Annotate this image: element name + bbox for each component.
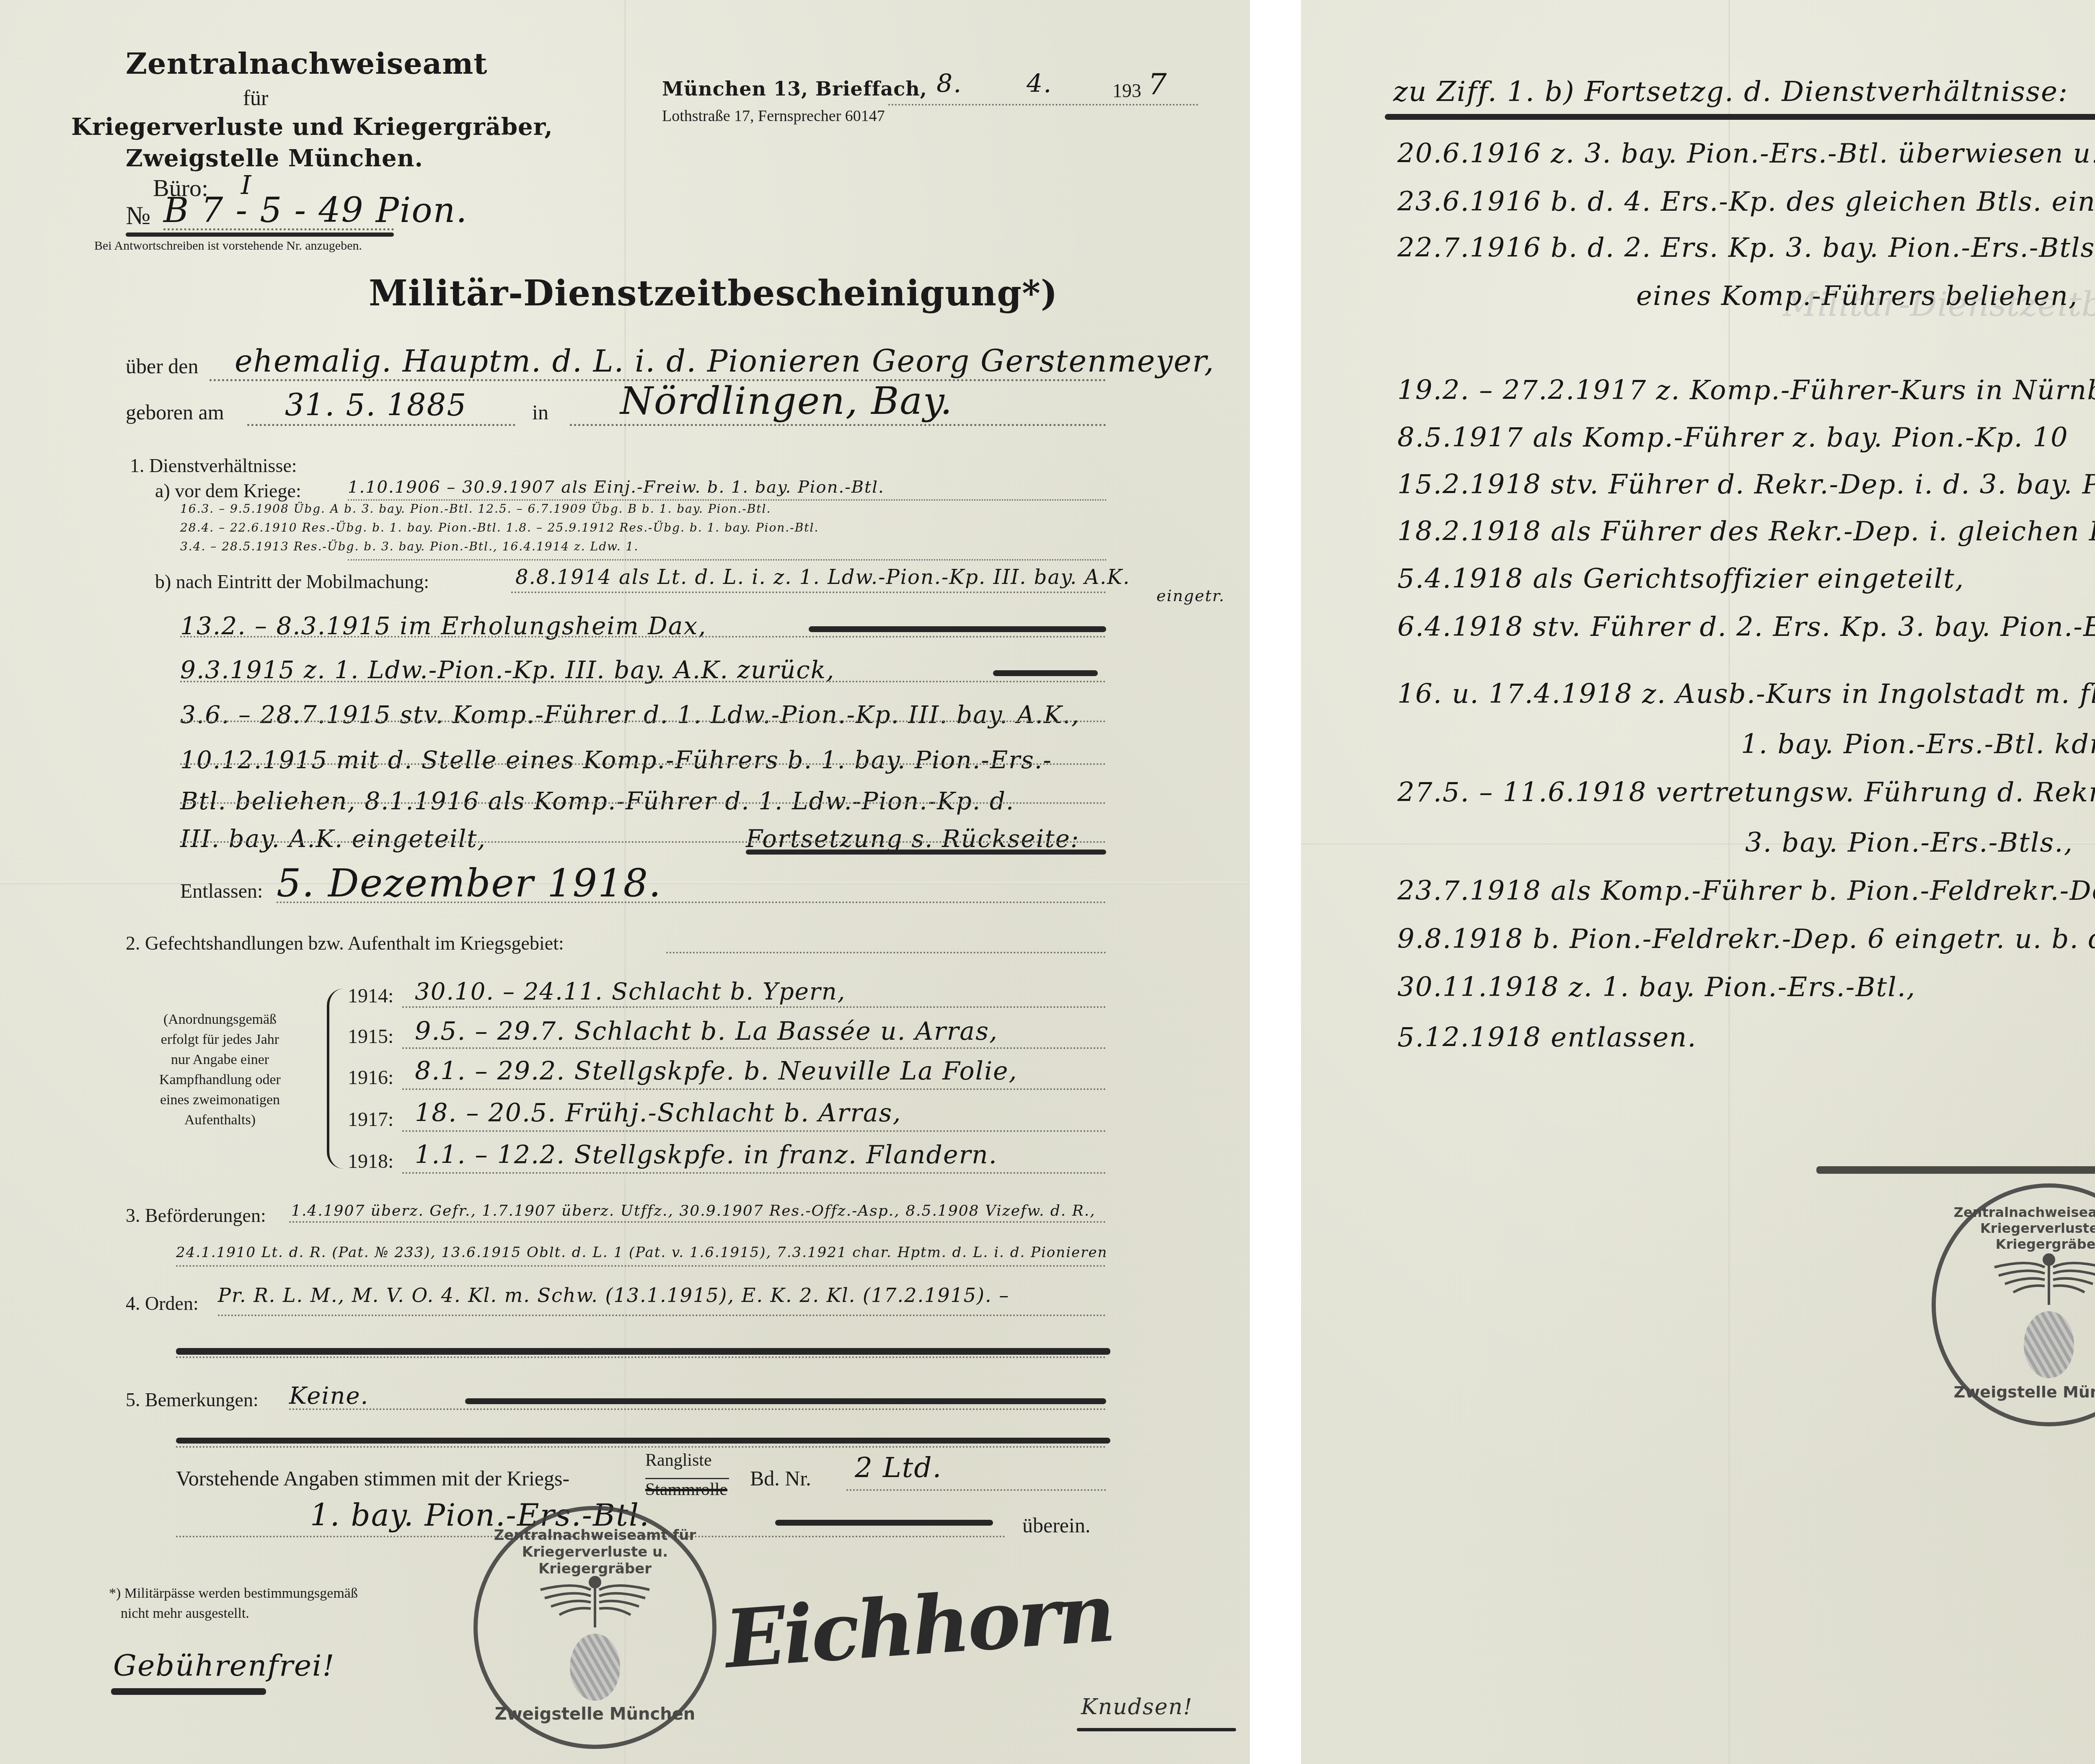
dotted-line: [176, 1446, 1106, 1448]
section1a-line: 28.4. – 22.6.1910 Res.-Übg. b. 1. bay. P…: [180, 521, 819, 535]
fill-dash: [176, 1438, 1110, 1444]
note-line: Kampfhandlung oder: [130, 1070, 310, 1090]
number-label: №: [126, 201, 150, 231]
stamp-outer-text: Zentralnachweiseamt für Kriegerverluste …: [1936, 1204, 2095, 1252]
section5-label: 5. Bemerkungen:: [126, 1389, 259, 1411]
dotted-line: [402, 1047, 1106, 1049]
discharge-dotted-line: [277, 901, 1106, 903]
service-entry: 5.4.1918 als Gerichtsoffizier eingeteilt…: [1397, 563, 1964, 594]
subject-name: ehemalig. Hauptm. d. L. i. d. Pionieren …: [235, 344, 1215, 379]
stamp-outer-text: Zentralnachweiseamt für Kriegerverluste …: [478, 1527, 712, 1577]
document-title: Militär-Dienstzeitbescheinigung*): [369, 272, 1058, 314]
service-entry: 9.8.1918 b. Pion.-Feldrekr.-Dep. 6 einge…: [1397, 924, 2095, 955]
left-page-certificate: Zentralnachweiseamt für Kriegerverluste …: [0, 0, 1250, 1764]
office-name: Zentralnachweiseamt: [126, 46, 385, 81]
geboren-label: geboren am: [126, 400, 224, 424]
note-line: eines zweimonatigen: [130, 1090, 310, 1110]
official-stamp: Zentralnachweiseamt für Kriegerverluste …: [1932, 1183, 2095, 1426]
eagle-icon: [1986, 1250, 2095, 1309]
section2-heading: 2. Gefechtshandlungen bzw. Aufenthalt im…: [126, 932, 564, 954]
rangliste: Rangliste: [645, 1450, 712, 1470]
service-entry: 1. bay. Pion.-Ers.-Btl. kdrt.: [1741, 729, 2095, 760]
section1a-dotted-line: [348, 499, 1106, 501]
section2-bracket-note: (Anordnungsgemäß erfolgt für jedes Jahr …: [130, 1010, 310, 1130]
footnote: *) Militärpässe werden bestimmungsgemäß …: [109, 1583, 358, 1624]
dotted-line: [180, 841, 1106, 843]
dotted-line: [176, 1265, 1106, 1267]
footnote-line: *) Militärpässe werden bestimmungsgemäß: [109, 1583, 358, 1604]
fee-underline: [111, 1688, 266, 1695]
fill-dash: [176, 1348, 1110, 1355]
service-entry: 19.2. – 27.2.1917 z. Komp.-Führer-Kurs i…: [1397, 375, 2095, 406]
birth-place: Nördlingen, Bay.: [620, 379, 953, 423]
heading-underline: [1385, 114, 2095, 120]
dotted-line: [402, 1172, 1106, 1174]
section1-heading: 1. Dienstverhältnisse:: [130, 455, 297, 477]
service-entry: 5.12.1918 entlassen.: [1397, 1022, 1697, 1053]
birthdate-dotted-line: [247, 424, 515, 426]
service-entry: 8.5.1917 als Komp.-Führer z. bay. Pion.-…: [1397, 422, 2069, 453]
stamp-disc: [570, 1634, 620, 1701]
stamp-disc: [2024, 1311, 2074, 1378]
office-address: Lothstraße 17, Fernsprecher 60147: [662, 107, 885, 125]
fill-dash: [465, 1398, 1106, 1404]
in-label: in: [532, 400, 548, 424]
bd-nr-label: Bd. Nr.: [750, 1466, 811, 1490]
continuation-underline: [746, 850, 1106, 855]
section1b-label: b) nach Eintritt der Mobilmachung:: [155, 571, 429, 593]
dotted-line: [180, 681, 1106, 682]
section1a-dotted-line: [348, 559, 1106, 560]
date-dotted-line: [888, 104, 1198, 106]
stamp-inner-text: Zweigstelle München: [478, 1705, 712, 1724]
remarks-value: Keine.: [289, 1382, 369, 1410]
note-line: (Anordnungsgemäß: [130, 1010, 310, 1030]
service-entry: 20.6.1916 z. 3. bay. Pion.-Ers.-Btl. übe…: [1397, 138, 2095, 169]
service-entry: 16. u. 17.4.1918 z. Ausb.-Kurs in Ingols…: [1397, 679, 2095, 710]
office-branch: Zweigstelle München.: [126, 145, 385, 172]
continuation-heading: zu Ziff. 1. b) Fortsetzg. d. Dienstverhä…: [1393, 75, 2068, 108]
date-day: 8.: [936, 69, 962, 98]
section1b-line: 3.6. – 28.7.1915 stv. Komp.-Führer d. 1.…: [180, 700, 1080, 729]
number-dotted-line: [163, 228, 394, 230]
birth-date: 31. 5. 1885: [285, 387, 467, 423]
service-entry: 23.6.1916 b. d. 4. Ers.-Kp. des gleichen…: [1397, 186, 2095, 217]
date-year-suffix: 7: [1148, 67, 1168, 101]
office-for: für: [126, 86, 385, 111]
fill-dash: [993, 670, 1098, 676]
promotion-line: 24.1.1910 Lt. d. R. (Pat. № 233), 13.6.1…: [176, 1244, 1107, 1261]
service-entry: 27.5. – 11.6.1918 vertretungsw. Führung …: [1397, 777, 2095, 808]
dotted-line: [180, 763, 1106, 765]
dotted-line: [402, 1006, 1106, 1008]
year-entry: 30.10. – 24.11. Schlacht b. Ypern,: [415, 978, 846, 1005]
dotted-line: [289, 1221, 1106, 1223]
section1a-line: 1.10.1906 – 30.9.1907 als Einj.-Freiw. b…: [348, 478, 885, 497]
year-label: 1916:: [348, 1066, 393, 1089]
fill-dash: [809, 626, 1106, 632]
continuation-note: Fortsetzung s. Rückseite:: [746, 824, 1079, 853]
section2-dotted-line: [666, 952, 1106, 953]
year-label: 1918:: [348, 1150, 393, 1173]
bd-nr-value: 2 Ltd.: [855, 1451, 942, 1484]
ueber-den-label: über den: [126, 354, 199, 378]
date-year-prefix: 193: [1112, 80, 1141, 102]
dotted-line: [176, 1356, 1106, 1358]
stamp-inner-text: Zweigstelle München: [1936, 1383, 2095, 1401]
date-month: 4.: [1027, 69, 1052, 98]
office-subtitle: Kriegerverluste und Kriegergräber,: [71, 113, 440, 141]
service-entry: 18.2.1918 als Führer des Rekr.-Dep. i. g…: [1397, 516, 2095, 547]
section1b-line: 10.12.1915 mit d. Stelle eines Komp.-Füh…: [180, 746, 1052, 774]
year-entry: 18. – 20.5. Frühj.-Schlacht b. Arras,: [415, 1098, 901, 1128]
section4-label: 4. Orden:: [126, 1292, 199, 1315]
dotted-line: [846, 1489, 1106, 1491]
entlassen-label: Entlassen:: [180, 880, 263, 903]
margin-note-underline: [1077, 1728, 1236, 1731]
service-entry: eines Komp.-Führers beliehen,: [1636, 281, 2078, 312]
section1a-line: 16.3. – 9.5.1908 Übg. A b. 3. bay. Pion.…: [180, 502, 771, 516]
margin-note: Knudsen!: [1081, 1694, 1193, 1720]
note-line: nur Angabe einer: [130, 1050, 310, 1070]
decorations-value: Pr. R. L. M., M. V. O. 4. Kl. m. Schw. (…: [218, 1284, 1009, 1307]
discharge-date: 5. Dezember 1918.: [277, 861, 662, 906]
year-label: 1917:: [348, 1108, 393, 1131]
section1a-line: 3.4. – 28.5.1913 Res.-Übg. b. 3. bay. Pi…: [180, 540, 639, 553]
fee-note: Gebührenfrei!: [113, 1648, 335, 1683]
file-number-value: B 7 - 5 - 49 Pion.: [163, 191, 468, 230]
note-line: Aufenthalts): [130, 1110, 310, 1130]
service-entry: 22.7.1916 b. d. 2. Ers. Kp. 3. bay. Pion…: [1397, 232, 2095, 263]
year-entry: 8.1. – 29.2. Stellgskpfe. b. Neuville La…: [415, 1056, 1018, 1086]
fraction-rule: [645, 1478, 729, 1479]
eagle-icon: [532, 1573, 658, 1632]
section1b-line: III. bay. A.K. eingeteilt,: [180, 824, 486, 853]
year-entry: 9.5. – 29.7. Schlacht b. La Bassée u. Ar…: [415, 1017, 998, 1046]
fill-dash: [775, 1520, 993, 1526]
section1a-label: a) vor dem Kriege:: [155, 480, 301, 502]
promotion-line: 1.4.1907 überz. Gefr., 1.7.1907 überz. U…: [291, 1202, 1096, 1219]
number-rule: [126, 232, 394, 237]
section1b-line: Btl. beliehen, 8.1.1916 als Komp.-Führer…: [180, 787, 1014, 815]
official-stamp: Zentralnachweiseamt für Kriegerverluste …: [473, 1506, 716, 1749]
dotted-line: [289, 1408, 1106, 1410]
year-entry: 1.1. – 12.2. Stellgskpfe. in franz. Flan…: [415, 1140, 998, 1170]
section3-label: 3. Beförderungen:: [126, 1204, 266, 1227]
section2-bracket: [327, 989, 346, 1169]
service-entry: 6.4.1918 stv. Führer d. 2. Ers. Kp. 3. b…: [1397, 612, 2095, 643]
dotted-line: [180, 636, 1106, 638]
section1b-line: 8.8.1914 als Lt. d. L. i. z. 1. Ldw.-Pio…: [515, 566, 1130, 589]
official-signature: Eichhorn: [722, 1566, 1115, 1686]
dotted-line: [180, 721, 1106, 722]
footnote-line: nicht mehr ausgestellt.: [109, 1604, 358, 1624]
service-entry: 23.7.1918 als Komp.-Führer b. Pion.-Feld…: [1397, 876, 2095, 907]
dotted-line: [180, 802, 1106, 804]
stammrolle-struck: Stammrolle: [645, 1480, 727, 1500]
note-line: erfolgt für jedes Jahr: [130, 1030, 310, 1050]
dotted-line: [402, 1088, 1106, 1090]
verification-text: Vorstehende Angaben stimmen mit der Krie…: [176, 1466, 569, 1490]
closing-rule: [1816, 1166, 2095, 1174]
service-entry: 15.2.1918 stv. Führer d. Rekr.-Dep. i. d…: [1397, 469, 2095, 500]
dotted-line: [218, 1315, 1106, 1316]
year-label: 1915:: [348, 1025, 393, 1048]
birthplace-dotted-line: [570, 424, 1106, 426]
reply-note: Bei Antwortschreiben ist vorstehende Nr.…: [94, 239, 362, 253]
year-label: 1914:: [348, 984, 393, 1007]
ueberein-label: überein.: [1022, 1513, 1090, 1537]
section1b-line: 9.3.1915 z. 1. Ldw.-Pion.-Kp. III. bay. …: [180, 656, 835, 684]
service-entry: 3. bay. Pion.-Ers.-Btls.,: [1745, 827, 2073, 858]
right-page-continuation: Zentralnachweiseamt Militär-Dienstzeitbe…: [1301, 0, 2095, 1764]
section1b-dotted-line: [511, 591, 1106, 593]
dotted-line: [402, 1130, 1106, 1132]
section1b-note: eingetr.: [1156, 586, 1225, 605]
city-label: München 13, Brieffach,: [662, 77, 927, 100]
service-entry: 30.11.1918 z. 1. bay. Pion.-Ers.-Btl.,: [1397, 972, 1916, 1003]
